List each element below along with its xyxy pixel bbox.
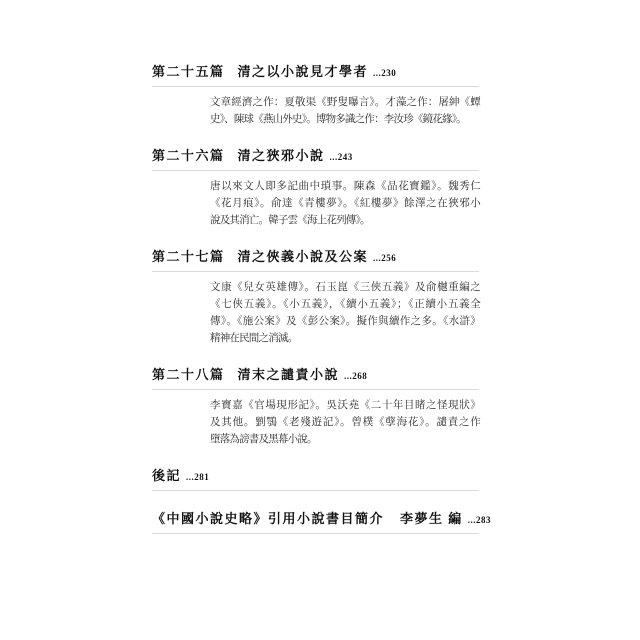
toc-entry-chapter-27: 第二十七篇清之俠義小說及公案...256 文康《兒女英雄傳》。石玉崑《三俠五義》… xyxy=(152,249,479,347)
chapter-heading: 第二十六篇清之狹邪小說...243 xyxy=(152,148,479,171)
chapter-page-number: ...243 xyxy=(330,152,353,162)
summary-line: 文章經濟之作：夏敬渠《野叟曝言》。才藻之作：屠紳《蟫 xyxy=(210,94,480,111)
chapter-title: 清之俠義小說及公案 xyxy=(238,249,369,264)
chapter-heading: 第二十五篇清之以小說見才學者...230 xyxy=(152,64,479,87)
summary-line: 及其他。劉鶚《老殘遊記》。曾樸《孽海花》。譴責之作 xyxy=(210,414,480,431)
chapter-summary: 文康《兒女英雄傳》。石玉崑《三俠五義》及俞樾重編之 《七俠五義》。《小五義》，《… xyxy=(210,279,480,347)
summary-line: 精神在民間之消滅。 xyxy=(210,330,480,347)
toc-entry-bibliography: 《中國小說史略》引用小說書目簡介李夢生 編...283 xyxy=(152,511,479,534)
summary-line: 唐以來文人即多記曲中瑣事。陳森《品花寶鑑》。魏秀仁 xyxy=(210,178,480,195)
bibliography-editor: 李夢生 編 xyxy=(400,511,463,526)
summary-line: 《花月痕》。俞達《青樓夢》。《紅樓夢》餘澤之在狹邪小 xyxy=(210,195,480,212)
chapter-title: 清末之譴責小說 xyxy=(238,367,340,382)
summary-line: 墮落為謗書及黑幕小說。 xyxy=(210,431,480,448)
summary-line: 李寶嘉《官場現形記》。吳沃堯《二十年目睹之怪現狀》 xyxy=(210,397,480,414)
chapter-number: 第二十八篇 xyxy=(152,367,225,382)
chapter-number: 第二十七篇 xyxy=(152,249,225,264)
bibliography-title: 《中國小說史略》引用小說書目簡介 xyxy=(152,511,384,526)
chapter-heading: 第二十八篇清末之譴責小說...268 xyxy=(152,367,479,390)
chapter-page-number: ...256 xyxy=(373,253,396,263)
summary-line: 史》、陳球《燕山外史》。博物多識之作：李汝珍《鏡花緣》。 xyxy=(210,111,480,128)
chapter-number: 第二十五篇 xyxy=(152,64,225,79)
toc-entry-postscript: 後記...281 xyxy=(152,468,479,491)
chapter-summary: 文章經濟之作：夏敬渠《野叟曝言》。才藻之作：屠紳《蟫 史》、陳球《燕山外史》。博… xyxy=(210,94,480,128)
chapter-summary: 唐以來文人即多記曲中瑣事。陳森《品花寶鑑》。魏秀仁 《花月痕》。俞達《青樓夢》。… xyxy=(210,178,480,229)
toc-entry-chapter-25: 第二十五篇清之以小說見才學者...230 文章經濟之作：夏敬渠《野叟曝言》。才藻… xyxy=(152,64,479,128)
toc-entry-chapter-28: 第二十八篇清末之譴責小說...268 李寶嘉《官場現形記》。吳沃堯《二十年目睹之… xyxy=(152,367,479,448)
chapter-title: 清之以小說見才學者 xyxy=(238,64,369,79)
postscript-heading: 後記...281 xyxy=(152,468,479,491)
bibliography-heading: 《中國小說史略》引用小說書目簡介李夢生 編...283 xyxy=(152,511,479,534)
summary-line: 說及其消亡。韓子雲《海上花列傳》。 xyxy=(210,212,480,229)
chapter-summary: 李寶嘉《官場現形記》。吳沃堯《二十年目睹之怪現狀》 及其他。劉鶚《老殘遊記》。曾… xyxy=(210,397,480,448)
toc-page: 第二十五篇清之以小說見才學者...230 文章經濟之作：夏敬渠《野叟曝言》。才藻… xyxy=(152,64,479,554)
toc-entry-chapter-26: 第二十六篇清之狹邪小說...243 唐以來文人即多記曲中瑣事。陳森《品花寶鑑》。… xyxy=(152,148,479,229)
chapter-page-number: ...230 xyxy=(373,68,396,78)
chapter-page-number: ...268 xyxy=(344,371,367,381)
summary-line: 《七俠五義》。《小五義》，《續小五義》；《正續小五義全 xyxy=(210,296,480,313)
chapter-heading: 第二十七篇清之俠義小說及公案...256 xyxy=(152,249,479,272)
postscript-page-number: ...281 xyxy=(186,472,209,482)
chapter-number: 第二十六篇 xyxy=(152,148,225,163)
bibliography-page-number: ...283 xyxy=(468,515,491,525)
postscript-title: 後記 xyxy=(152,468,181,483)
summary-line: 傳》。《施公案》及《彭公案》。擬作與續作之多。《水滸》 xyxy=(210,313,480,330)
summary-line: 文康《兒女英雄傳》。石玉崑《三俠五義》及俞樾重編之 xyxy=(210,279,480,296)
chapter-title: 清之狹邪小說 xyxy=(238,148,325,163)
